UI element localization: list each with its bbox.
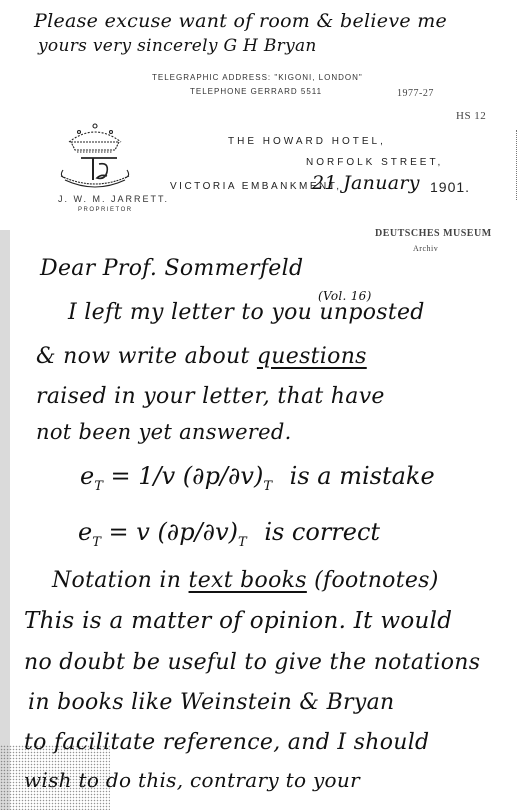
eq2-lhs: e: [78, 518, 92, 546]
archive-stamp-subtitle: Archiv: [413, 244, 438, 253]
eq1-rhs: = 1/v (∂p/∂v): [111, 462, 264, 490]
eq1-comment: is a mistake: [290, 462, 435, 490]
telephone-number: TELEPHONE GERRARD 5511: [190, 87, 322, 96]
body-line-2: & now write about questions: [36, 344, 367, 369]
paragraph-line-5: wish to do this, contrary to your: [24, 768, 360, 792]
eq2-rhs-sub: T: [238, 535, 247, 550]
underlined-questions: questions: [257, 344, 367, 369]
hotel-name: THE HOWARD HOTEL,: [228, 136, 386, 147]
equation-mistake: eT = 1/v (∂p/∂v)T is a mistake: [80, 462, 435, 494]
postscript-line-2: yours very sincerely G H Bryan: [38, 36, 317, 56]
eq1-lhs-sub: T: [94, 479, 103, 494]
proprietor-name: J. W. M. JARRETT.: [58, 194, 169, 204]
notation-heading-footnotes: (footnotes): [307, 568, 439, 593]
scan-edge-right: [514, 130, 517, 200]
equation-correct: eT = v (∂p/∂v)T is correct: [78, 518, 380, 550]
body-line-1: I left my letter to you unposted: [68, 300, 425, 325]
paragraph-line-3: in books like Weinstein & Bryan: [28, 690, 394, 715]
hotel-street: NORFOLK STREET,: [306, 157, 443, 168]
archive-stamp-title: DEUTSCHES MUSEUM: [375, 228, 492, 239]
eq2-comment: is correct: [264, 518, 380, 546]
letter-year: 1901.: [430, 179, 470, 195]
hotel-crest-icon: [55, 118, 135, 190]
folio-mark: HS 12: [456, 110, 486, 122]
paragraph-line-1: This is a matter of opinion. It would: [24, 608, 452, 634]
scan-edge-left: [0, 230, 10, 810]
letter-page: Please excuse want of room & believe me …: [0, 0, 519, 810]
body-line-4: not been yet answered.: [36, 420, 292, 444]
underlined-text-books: text books: [189, 568, 307, 593]
paragraph-line-2: no doubt be useful to give the notations: [24, 650, 480, 675]
archive-reference-number: 1977-27: [397, 88, 434, 99]
notation-heading: Notation in text books (footnotes): [52, 568, 439, 593]
paragraph-line-4: to facilitate reference, and I should: [24, 730, 429, 755]
eq1-lhs: e: [80, 462, 94, 490]
letter-date: 21 January: [312, 172, 420, 194]
eq1-rhs-sub: T: [263, 479, 272, 494]
telegraphic-address: TELEGRAPHIC ADDRESS: "KIGONI, LONDON": [152, 73, 363, 82]
body-line-2-text: & now write about: [36, 344, 257, 369]
postscript-line-1: Please excuse want of room & believe me: [34, 10, 447, 32]
proprietor-title: PROPRIETOR: [78, 207, 133, 213]
salutation: Dear Prof. Sommerfeld: [40, 256, 303, 281]
eq2-rhs: = v (∂p/∂v): [109, 518, 238, 546]
body-line-3: raised in your letter, that have: [36, 384, 385, 409]
eq2-lhs-sub: T: [92, 535, 101, 550]
notation-heading-text: Notation in: [52, 568, 189, 593]
